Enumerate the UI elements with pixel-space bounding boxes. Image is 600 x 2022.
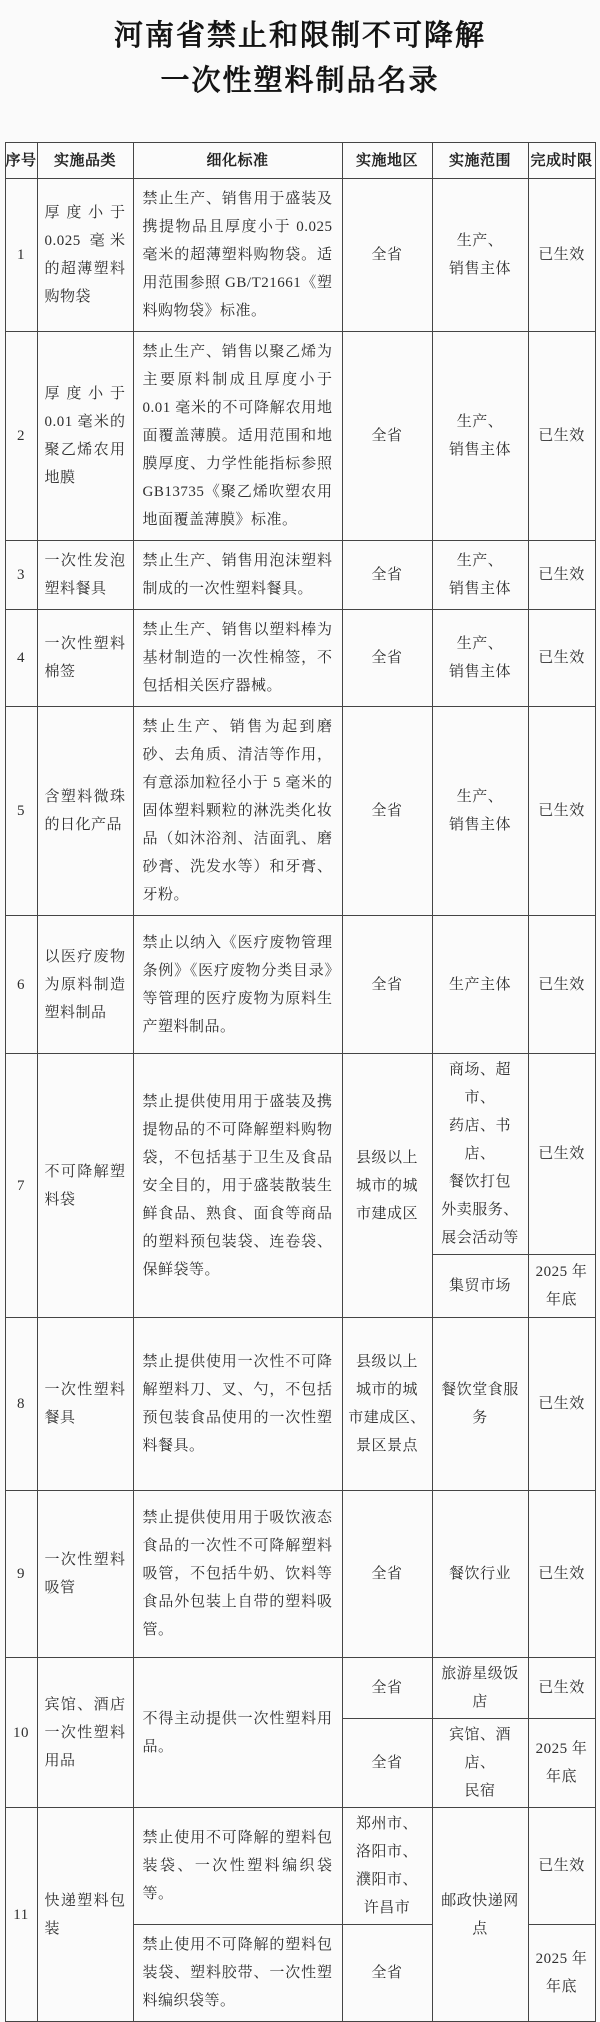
table-row: 10 宾馆、酒店一次性塑料用品 不得主动提供一次性塑料用品。 全省 旅游星级饭店… <box>5 1658 595 1719</box>
cell-r8-no: 8 <box>5 1318 37 1491</box>
cell-r5-deadline: 已生效 <box>528 707 595 916</box>
cell-r10-standard: 不得主动提供一次性塑料用品。 <box>133 1658 342 1808</box>
cell-r9-no: 9 <box>5 1491 37 1658</box>
cell-r1-deadline: 已生效 <box>528 179 595 332</box>
cell-r3-deadline: 已生效 <box>528 541 595 610</box>
cell-r4-deadline: 已生效 <box>528 610 595 707</box>
cell-r6-deadline: 已生效 <box>528 916 595 1054</box>
col-header-category: 实施品类 <box>37 143 133 179</box>
cell-r4-region: 全省 <box>342 610 432 707</box>
table-row: 4 一次性塑料棉签 禁止生产、销售以塑料棒为基材制造的一次性棉签，不包括相关医疗… <box>5 610 595 707</box>
header-row: 序号 实施品类 细化标准 实施地区 实施范围 完成时限 <box>5 143 595 179</box>
cell-r4-standard: 禁止生产、销售以塑料棒为基材制造的一次性棉签，不包括相关医疗器械。 <box>133 610 342 707</box>
table-row: 6 以医疗废物为原料制造塑料制品 禁止以纳入《医疗废物管理条例》《医疗废物分类目… <box>5 916 595 1054</box>
cell-r6-standard: 禁止以纳入《医疗废物管理条例》《医疗废物分类目录》等管理的医疗废物为原料生产塑料… <box>133 916 342 1054</box>
cell-r9-deadline: 已生效 <box>528 1491 595 1658</box>
cell-r2-no: 2 <box>5 332 37 541</box>
cell-r7-region: 县级以上 城市的城 市建成区 <box>342 1054 432 1318</box>
cell-r9-standard: 禁止提供使用用于吸饮液态食品的一次性不可降解塑料吸管，不包括牛奶、饮料等食品外包… <box>133 1491 342 1658</box>
cell-r3-standard: 禁止生产、销售用泡沫塑料制成的一次性塑料餐具。 <box>133 541 342 610</box>
cell-r3-category: 一次性发泡塑料餐具 <box>37 541 133 610</box>
table-row: 11 快递塑料包装 禁止使用不可降解的塑料包装袋、一次性塑料编织袋等。 郑州市、… <box>5 1808 595 1925</box>
cell-r2-standard: 禁止生产、销售以聚乙烯为主要原料制成且厚度小于 0.01 毫米的不可降解农用地面… <box>133 332 342 541</box>
table-row: 1 厚度小于 0.025 毫米的超薄塑料购物袋 禁止生产、销售用于盛装及携提物品… <box>5 179 595 332</box>
cell-r11-region-2: 全省 <box>342 1925 432 2022</box>
cell-r5-no: 5 <box>5 707 37 916</box>
cell-r6-scope: 生产主体 <box>432 916 528 1054</box>
cell-r2-category: 厚度小于 0.01 毫米的聚乙烯农用地膜 <box>37 332 133 541</box>
cell-r11-scope: 邮政快递网点 <box>432 1808 528 2022</box>
cell-r11-standard-1: 禁止使用不可降解的塑料包装袋、一次性塑料编织袋等。 <box>133 1808 342 1925</box>
cell-r10-category: 宾馆、酒店一次性塑料用品 <box>37 1658 133 1808</box>
cell-r10-deadline-2: 2025 年 年底 <box>528 1719 595 1808</box>
cell-r7-standard: 禁止提供使用用于盛装及携提物品的不可降解塑料购物袋，不包括基于卫生及食品安全目的… <box>133 1054 342 1318</box>
cell-r2-scope: 生产、 销售主体 <box>432 332 528 541</box>
cell-r7-scope-1: 商场、超市、 药店、书店、 餐饮打包 外卖服务、 展会活动等 <box>432 1054 528 1255</box>
cell-r10-no: 10 <box>5 1658 37 1808</box>
cell-r8-category: 一次性塑料餐具 <box>37 1318 133 1491</box>
col-header-scope: 实施范围 <box>432 143 528 179</box>
cell-r1-category: 厚度小于 0.025 毫米的超薄塑料购物袋 <box>37 179 133 332</box>
cell-r6-region: 全省 <box>342 916 432 1054</box>
table-row: 7 不可降解塑料袋 禁止提供使用用于盛装及携提物品的不可降解塑料购物袋，不包括基… <box>5 1054 595 1255</box>
cell-r6-category: 以医疗废物为原料制造塑料制品 <box>37 916 133 1054</box>
page-title-line1: 河南省禁止和限制不可降解 <box>114 20 486 52</box>
cell-r10-region-1: 全省 <box>342 1658 432 1719</box>
cell-r4-no: 4 <box>5 610 37 707</box>
cell-r1-no: 1 <box>5 179 37 332</box>
cell-r7-scope-2: 集贸市场 <box>432 1255 528 1318</box>
cell-r11-deadline-2: 2025 年 年底 <box>528 1925 595 2022</box>
cell-r7-category: 不可降解塑料袋 <box>37 1054 133 1318</box>
cell-r11-deadline-1: 已生效 <box>528 1808 595 1925</box>
cell-r11-region-1: 郑州市、 洛阳市、 濮阳市、 许昌市 <box>342 1808 432 1925</box>
cell-r5-standard: 禁止生产、销售为起到磨砂、去角质、清洁等作用，有意添加粒径小于 5 毫米的固体塑… <box>133 707 342 916</box>
cell-r7-deadline-2: 2025 年 年底 <box>528 1255 595 1318</box>
col-header-index: 序号 <box>5 143 37 179</box>
cell-r5-region: 全省 <box>342 707 432 916</box>
cell-r4-scope: 生产、 销售主体 <box>432 610 528 707</box>
cell-r1-standard: 禁止生产、销售用于盛装及携提物品且厚度小于 0.025 毫米的超薄塑料购物袋。适… <box>133 179 342 332</box>
cell-r5-scope: 生产、 销售主体 <box>432 707 528 916</box>
cell-r2-region: 全省 <box>342 332 432 541</box>
cell-r8-region: 县级以上 城市的城 市建成区、 景区景点 <box>342 1318 432 1491</box>
cell-r9-category: 一次性塑料吸管 <box>37 1491 133 1658</box>
cell-r11-standard-2: 禁止使用不可降解的塑料包装袋、塑料胶带、一次性塑料编织袋等。 <box>133 1925 342 2022</box>
cell-r2-deadline: 已生效 <box>528 332 595 541</box>
page-title: 河南省禁止和限制不可降解 一次性塑料制品名录 <box>0 14 600 104</box>
cell-r9-region: 全省 <box>342 1491 432 1658</box>
catalog-table: 序号 实施品类 细化标准 实施地区 实施范围 完成时限 1 厚度小于 0.025… <box>5 142 596 2022</box>
cell-r10-region-2: 全省 <box>342 1719 432 1808</box>
cell-r8-standard: 禁止提供使用一次性不可降解塑料刀、叉、勺，不包括预包装食品使用的一次性塑料餐具。 <box>133 1318 342 1491</box>
cell-r3-scope: 生产、 销售主体 <box>432 541 528 610</box>
cell-r7-no: 7 <box>5 1054 37 1318</box>
col-header-deadline: 完成时限 <box>528 143 595 179</box>
cell-r10-deadline-1: 已生效 <box>528 1658 595 1719</box>
cell-r11-category: 快递塑料包装 <box>37 1808 133 2022</box>
col-header-standard: 细化标准 <box>133 143 342 179</box>
cell-r1-region: 全省 <box>342 179 432 332</box>
document: 河南省禁止和限制不可降解 一次性塑料制品名录 序号 实施品类 细化标准 实施地区… <box>0 14 600 2022</box>
cell-r7-deadline-1: 已生效 <box>528 1054 595 1255</box>
cell-r8-scope: 餐饮堂食服务 <box>432 1318 528 1491</box>
table-row: 9 一次性塑料吸管 禁止提供使用用于吸饮液态食品的一次性不可降解塑料吸管，不包括… <box>5 1491 595 1658</box>
cell-r3-no: 3 <box>5 541 37 610</box>
table-row: 5 含塑料微珠的日化产品 禁止生产、销售为起到磨砂、去角质、清洁等作用，有意添加… <box>5 707 595 916</box>
page-title-line2: 一次性塑料制品名录 <box>160 65 439 97</box>
cell-r3-region: 全省 <box>342 541 432 610</box>
cell-r10-scope-1: 旅游星级饭店 <box>432 1658 528 1719</box>
table-row: 3 一次性发泡塑料餐具 禁止生产、销售用泡沫塑料制成的一次性塑料餐具。 全省 生… <box>5 541 595 610</box>
cell-r6-no: 6 <box>5 916 37 1054</box>
cell-r9-scope: 餐饮行业 <box>432 1491 528 1658</box>
col-header-region: 实施地区 <box>342 143 432 179</box>
cell-r5-category: 含塑料微珠的日化产品 <box>37 707 133 916</box>
cell-r11-no: 11 <box>5 1808 37 2022</box>
cell-r8-deadline: 已生效 <box>528 1318 595 1491</box>
cell-r10-scope-2: 宾馆、酒店、 民宿 <box>432 1719 528 1808</box>
cell-r1-scope: 生产、 销售主体 <box>432 179 528 332</box>
table-row: 8 一次性塑料餐具 禁止提供使用一次性不可降解塑料刀、叉、勺，不包括预包装食品使… <box>5 1318 595 1491</box>
table-row: 2 厚度小于 0.01 毫米的聚乙烯农用地膜 禁止生产、销售以聚乙烯为主要原料制… <box>5 332 595 541</box>
cell-r4-category: 一次性塑料棉签 <box>37 610 133 707</box>
